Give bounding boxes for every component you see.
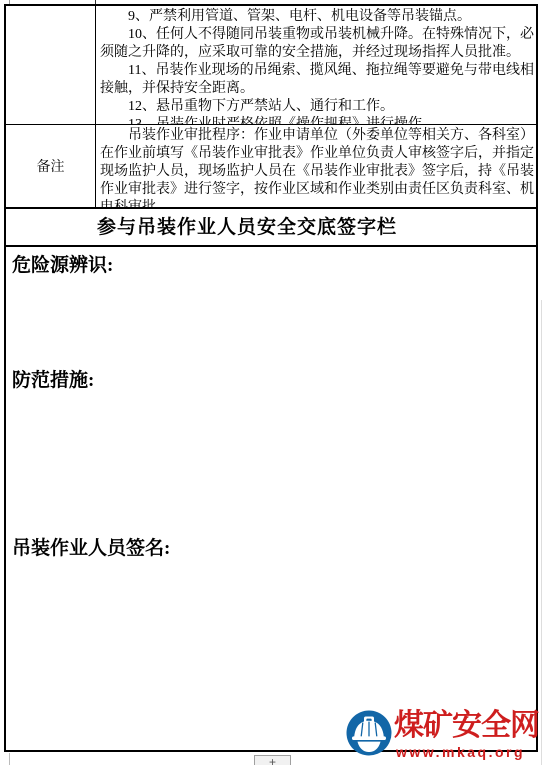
gridline-remnant <box>9 0 10 4</box>
brand-name: 煤矿安全网 <box>394 708 540 744</box>
remark-text: 吊装作业审批程序：作业申请单位（外委单位等相关方、各科室）在作业前填写《吊装作业… <box>100 127 534 207</box>
safety-helmet-icon <box>346 710 392 756</box>
window-edge-line <box>541 300 542 765</box>
preventive-measures-label: 防范措施: <box>12 368 530 393</box>
signature-area: 危险源辨识: 防范措施: 吊装作业人员签名: <box>6 247 536 750</box>
safety-rule-item: 12、悬吊重物下方严禁站人、通行和工作。 <box>100 98 534 116</box>
gridline-remnant <box>95 0 96 4</box>
safety-rule-item: 11、吊装作业现场的吊绳索、揽风绳、拖拉绳等要避免与带电线相接触，并保持安全距离… <box>100 62 534 98</box>
safety-rule-item: 13、吊装作业时严格依照《操作规程》进行操作。 <box>100 116 534 124</box>
gridline-remnant <box>9 753 10 765</box>
remark-content: 吊装作业审批程序：作业申请单位（外委单位等相关方、各科室）在作业前填写《吊装作业… <box>96 125 536 207</box>
safety-rules-label-cell <box>6 6 96 124</box>
safety-rules-row: 9、严禁利用管道、管架、电杆、机电设备等吊装锚点。 10、任何人不得随同吊装重物… <box>6 6 536 125</box>
document-page: 9、严禁利用管道、管架、电杆、机电设备等吊装锚点。 10、任何人不得随同吊装重物… <box>0 0 543 765</box>
add-sheet-tab[interactable]: + <box>254 755 291 765</box>
brand-url: www.mkaq.org <box>396 744 525 760</box>
hazard-identification-label: 危险源辨识: <box>12 253 530 278</box>
worker-signature-label: 吊装作业人员签名: <box>12 536 530 561</box>
lifting-safety-form-table: 9、严禁利用管道、管架、电杆、机电设备等吊装锚点。 10、任何人不得随同吊装重物… <box>4 4 538 752</box>
safety-rules-content: 9、严禁利用管道、管架、电杆、机电设备等吊装锚点。 10、任何人不得随同吊装重物… <box>96 6 536 124</box>
remark-label: 备注 <box>6 125 96 207</box>
remark-row: 备注 吊装作业审批程序：作业申请单位（外委单位等相关方、各科室）在作业前填写《吊… <box>6 125 536 209</box>
safety-rule-item: 10、任何人不得随同吊装重物或吊装机械升降。在特殊情况下，必须随之升降的，应采取… <box>100 26 534 62</box>
safety-rule-item: 9、严禁利用管道、管架、电杆、机电设备等吊装锚点。 <box>100 8 534 26</box>
signature-section-title: 参与吊装作业人员安全交底签字栏 <box>6 209 536 247</box>
